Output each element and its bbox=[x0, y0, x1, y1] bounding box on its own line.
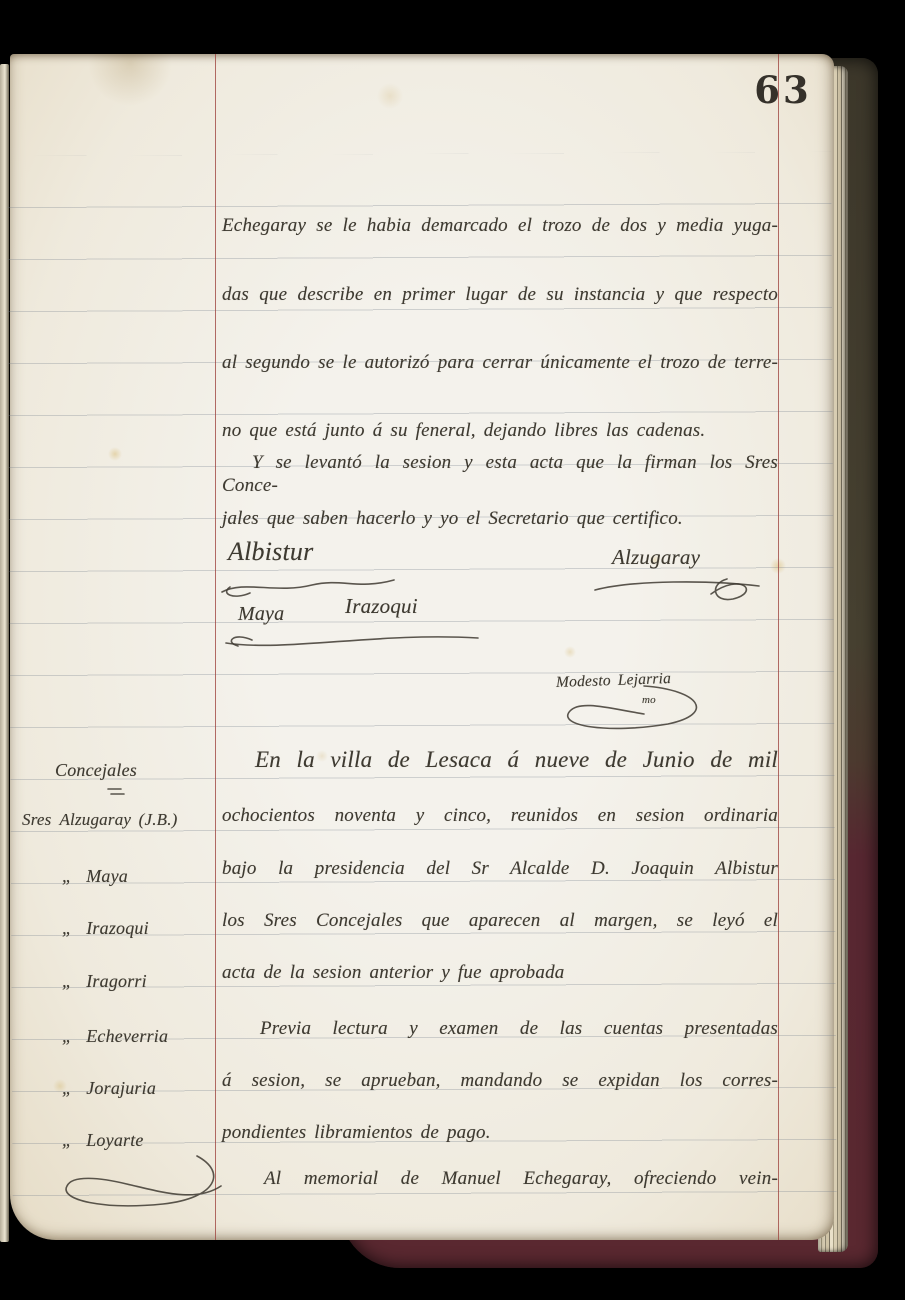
manuscript-line: al segundo se le autorizó para cerrar ún… bbox=[222, 352, 778, 375]
manuscript-line: á sesion, se aprueban, mandando se expid… bbox=[222, 1070, 778, 1093]
signature-flourish bbox=[548, 680, 720, 734]
signature-maya: Maya bbox=[238, 602, 284, 626]
margin-attendee-name: Loyarte bbox=[86, 1130, 143, 1152]
ditto-mark: „ bbox=[62, 1078, 72, 1100]
manuscript-line: Echegaray se le habia demarcado el trozo… bbox=[222, 215, 778, 238]
manuscript-line: los Sres Concejales que aparecen al marg… bbox=[222, 910, 778, 933]
manuscript-line: das que describe en primer lugar de su i… bbox=[222, 284, 778, 307]
margin-attendee: Sres Alzugaray (J.B.) bbox=[22, 810, 218, 830]
ditto-mark: „ bbox=[62, 866, 72, 888]
manuscript-line: bajo la presidencia del Sr Alcalde D. Jo… bbox=[222, 858, 778, 881]
manuscript-line: Al memorial de Manuel Echegaray, ofrecie… bbox=[222, 1168, 778, 1191]
page-number: 63 bbox=[746, 68, 820, 112]
signature-irazoqui: Irazoqui bbox=[345, 594, 418, 619]
ditto-mark: „ bbox=[62, 918, 72, 940]
manuscript-page: 63 Echegaray se le habia demarcado el tr… bbox=[10, 54, 834, 1240]
margin-attendee-name: Irazoqui bbox=[86, 918, 149, 940]
signature-albistur: Albistur bbox=[228, 536, 313, 567]
margin-attendee-prefix: Sres bbox=[22, 810, 51, 830]
manuscript-line: Y se levantó la sesion y esta acta que l… bbox=[222, 452, 778, 498]
margin-flourish bbox=[55, 1150, 227, 1216]
signature-alzugaray: Alzugaray bbox=[612, 545, 700, 570]
margin-attendee-name: Alzugaray (J.B.) bbox=[59, 810, 177, 830]
red-margin-line-right bbox=[778, 54, 779, 1240]
margin-attendee-name: Jorajuria bbox=[86, 1078, 156, 1100]
margin-attendee-name: Maya bbox=[86, 866, 128, 888]
ditto-mark: „ bbox=[62, 1026, 72, 1048]
margin-heading-underline bbox=[106, 786, 126, 796]
margin-attendee-name: Echeverria bbox=[86, 1026, 168, 1048]
signature-flourish bbox=[222, 628, 484, 652]
signature-flourish bbox=[593, 570, 765, 606]
margin-heading: Concejales bbox=[55, 760, 137, 782]
manuscript-line: jales que saben hacerlo y yo el Secretar… bbox=[222, 508, 683, 531]
manuscript-line: Previa lectura y examen de las cuentas p… bbox=[222, 1018, 778, 1041]
manuscript-line: pondientes libramientos de pago. bbox=[222, 1122, 491, 1145]
margin-attendee-name: Iragorri bbox=[86, 971, 147, 993]
photograph-of-minute-book: 63 Echegaray se le habia demarcado el tr… bbox=[0, 0, 905, 1300]
manuscript-line: En la villa de Lesaca á nueve de Junio d… bbox=[255, 746, 778, 774]
red-margin-line-left bbox=[215, 54, 216, 1240]
ditto-mark: „ bbox=[62, 971, 72, 993]
manuscript-line: ochocientos noventa y cinco, reunidos en… bbox=[222, 805, 778, 828]
manuscript-line: acta de la sesion anterior y fue aprobad… bbox=[222, 962, 565, 985]
ditto-mark: „ bbox=[62, 1130, 72, 1152]
manuscript-line: no que está junto á su feneral, dejando … bbox=[222, 420, 705, 443]
